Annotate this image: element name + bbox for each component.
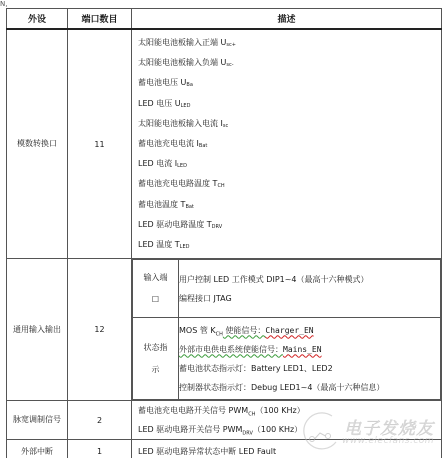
table-row-interrupt: 外部中断 1 LED 驱动电路异常状态中断 LED Fault [7,440,442,458]
desc-line: 蓄电池充电电流 IBat [138,134,441,154]
description-cell: LED 驱动电路异常状态中断 LED Fault [132,440,442,458]
table-row-pwm: 脉宽调制信号 2 蓄电池充电电路开关信号 PWMCH（100 KHz） LED … [7,401,442,440]
desc-line: 编程接口 JTAG [179,289,440,308]
gpio-status-group: 状态指示 MOS 管 KCH 使能信号：Charger_EN 外部市电供电系统使… [133,318,441,400]
desc-line: 蓄电池充电电路开关信号 PWMCH（100 KHz） [138,401,441,420]
peripheral-cell: 脉宽调制信号 [7,401,68,440]
desc-line: LED 驱动电路异常状态中断 LED Fault [132,442,441,458]
description-cell: 蓄电池充电电路开关信号 PWMCH（100 KHz） LED 驱动电路开关信号 … [132,401,442,440]
table-row-adc: 模数转换口 11 太阳能电池板输入正端 Usc+ 太阳能电池板输入负端 Usc-… [7,29,442,259]
corner-mark: Ñ‚ [0,0,7,8]
desc-line: LED 温度 TLED [138,235,441,255]
desc-line: 控制器状态指示灯：Debug LED1~4（最高十六种信息） [179,378,440,397]
port-count-cell: 12 [68,259,132,401]
table-header-row: 外设 端口数目 描述 [7,9,442,30]
port-count-cell: 1 [68,440,132,458]
header-peripheral: 外设 [7,9,68,30]
group-label-input: 输入端 ☐ [133,260,179,318]
description-cell: 太阳能电池板输入正端 Usc+ 太阳能电池板输入负端 Usc- 蓄电池电压 UB… [132,29,442,259]
corner-mark-text: Ñ‚ [0,0,7,8]
desc-line: MOS 管 KCH 使能信号：Charger_EN [179,321,440,340]
desc-line: LED 电流 ILED [138,154,441,174]
gpio-input-group: 输入端 ☐ 用户控制 LED 工作模式 DIP1~4（最高十六种模式） 编程接口… [133,260,441,318]
desc-line: 太阳能电池板输入正端 Usc+ [138,33,441,53]
description-cell: 输入端 ☐ 用户控制 LED 工作模式 DIP1~4（最高十六种模式） 编程接口… [132,259,442,401]
checkbox-glyph-icon: ☐ [133,289,178,311]
header-description: 描述 [132,9,442,30]
desc-line: 蓄电池温度 TBat [138,195,441,215]
port-count-cell: 2 [68,401,132,440]
port-count-cell: 11 [68,29,132,259]
group-label-status: 状态指示 [133,318,179,400]
desc-line: LED 电压 ULED [138,94,441,114]
desc-line: 蓄电池电压 UBa [138,73,441,93]
peripheral-spec-table: 外设 端口数目 描述 模数转换口 11 太阳能电池板输入正端 Usc+ 太阳能电… [6,8,442,458]
desc-line: 蓄电池充电电路温度 TCH [138,174,441,194]
desc-line: 太阳能电池板输入负端 Usc- [138,53,441,73]
desc-line: 蓄电池状态指示灯：Battery LED1、LED2 [179,359,440,378]
peripheral-cell: 通用输入输出 [7,259,68,401]
table-row-gpio: 通用输入输出 12 输入端 ☐ 用户控制 LED 工作模式 DIP1~4（最高十… [7,259,442,401]
desc-line: LED 驱动电路开关信号 PWMDRV（100 KHz） [138,420,441,439]
desc-line: 外部市电供电系统使能信号：Mains_EN [179,340,440,359]
peripheral-cell: 模数转换口 [7,29,68,259]
desc-line: 太阳能电池板输入电流 Isc [138,114,441,134]
gpio-subtable: 输入端 ☐ 用户控制 LED 工作模式 DIP1~4（最高十六种模式） 编程接口… [132,259,441,400]
desc-line: 用户控制 LED 工作模式 DIP1~4（最高十六种模式） [179,270,440,289]
desc-line: LED 驱动电路温度 TDRV [138,215,441,235]
peripheral-cell: 外部中断 [7,440,68,458]
header-port-count: 端口数目 [68,9,132,30]
